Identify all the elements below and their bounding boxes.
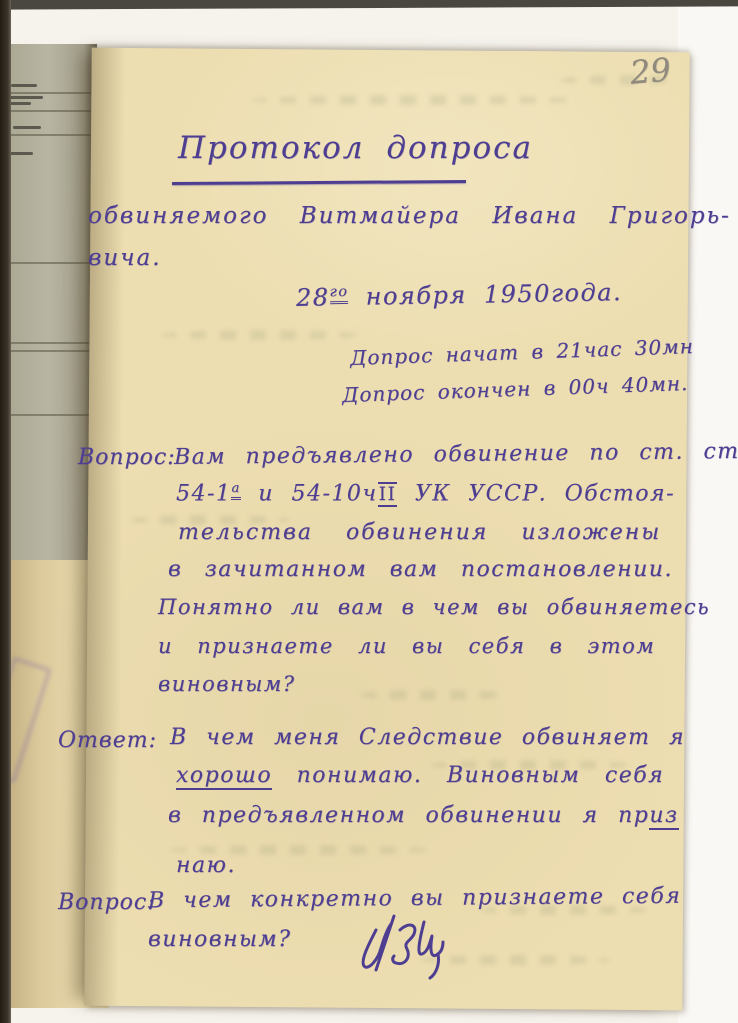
scanner-edge-top	[0, 0, 738, 10]
bleed-through-mark	[360, 690, 510, 700]
ruled-line	[9, 110, 97, 112]
ruled-line	[9, 342, 97, 344]
code-reference: УК УССР. Обстоя-	[397, 481, 675, 506]
answer1-label: Ответ:	[58, 728, 157, 753]
question2-line2: виновным?	[148, 927, 291, 952]
ruled-line	[9, 414, 97, 416]
binding-shadow	[84, 48, 126, 1006]
underlying-page-edge	[9, 44, 97, 644]
question1-line3: тельства обвинения изложены	[178, 520, 661, 545]
article-numbers: и 54-10ч	[241, 481, 378, 506]
date-line: 28го ноября 1950года.	[296, 278, 623, 312]
question1-line5: Понятно ли вам в чем вы обвиняетесь	[158, 595, 710, 619]
answer1-line3-text: в предъявленном обвинении я пр	[168, 803, 649, 828]
answer1-line2-rest: понимаю. Виновным себя	[272, 763, 664, 788]
signature-flourish	[348, 908, 468, 993]
accused-line-1: обвиняемого Витмайера Ивана Григорь-	[88, 203, 731, 229]
ruled-line	[9, 262, 97, 264]
date-day-suffix: го	[329, 284, 348, 304]
answer1-line1: В чем меня Следствие обвиняет я	[170, 725, 685, 750]
answer1-line2: хорошо понимаю. Виновным себя	[176, 763, 664, 788]
question1-line2: 54-1а и 54-10чII УК УССР. Обстоя-	[176, 481, 675, 506]
bleed-through-mark	[160, 330, 360, 340]
folio-page-number: 29	[628, 50, 672, 91]
ruled-line	[9, 350, 97, 352]
question2-label: Вопрос:	[58, 890, 156, 915]
text-fragment	[9, 102, 31, 105]
scanned-document-page: { "page": { "number": "29" }, "header": …	[0, 0, 738, 1023]
answer1-line4: наю.	[176, 853, 236, 878]
question1-label: Вопрос:	[78, 445, 176, 470]
date-day: 28	[296, 283, 330, 312]
text-fragment	[9, 96, 43, 99]
question1-line4: в зачитанном вам постановлении.	[168, 557, 673, 582]
bleed-through-mark	[250, 95, 580, 105]
document-title: Протокол допроса	[178, 130, 533, 166]
text-fragment	[13, 126, 41, 129]
text-fragment	[9, 152, 33, 155]
ruled-line	[9, 92, 97, 94]
article-numbers: 54-1	[176, 481, 231, 506]
accused-line-2: вича.	[88, 245, 162, 271]
question1-line7: виновным?	[158, 672, 296, 696]
text-fragment	[11, 84, 37, 87]
roman-numeral: II	[378, 482, 398, 507]
answer1-line3: в предъявленном обвинении я приз	[168, 803, 679, 828]
article-superscript: а	[231, 481, 240, 500]
date-rest: ноября 1950года.	[365, 278, 622, 310]
question1-line6: и признаете ли вы себя в этом	[158, 634, 655, 658]
ruled-line	[9, 134, 97, 136]
underlined-syllable: из	[649, 803, 678, 830]
underlined-word: хорошо	[176, 763, 272, 790]
scanner-edge-left	[0, 0, 11, 1023]
